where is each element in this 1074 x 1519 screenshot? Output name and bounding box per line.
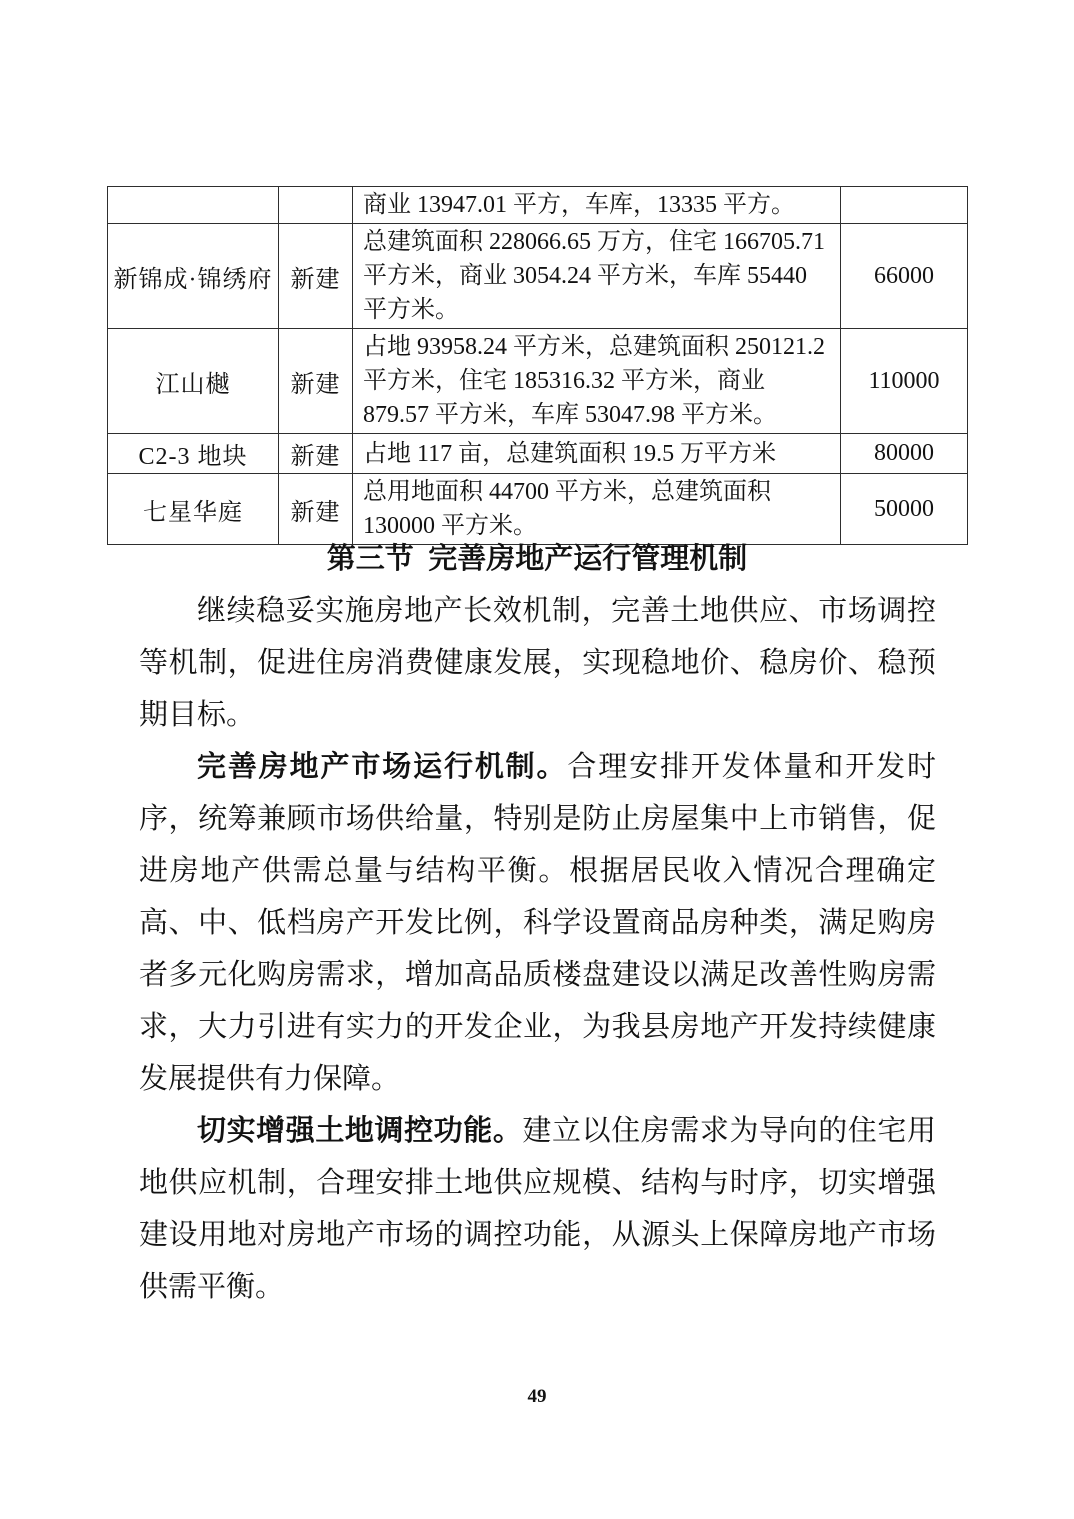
page-number: 49 [0,1386,1074,1408]
paragraph: 继续稳妥实施房地产长效机制，完善土地供应、市场调控等机制，促进住房消费健康发展，… [139,585,936,741]
paragraph-text: 合理安排开发体量和开发时序，统筹兼顾市场供给量，特别是防止房屋集中上市销售，促进… [139,751,936,1095]
cell-project-name: C2-3 地块 [108,434,279,474]
document-page: 商业 13947.01 平方，车库，13335 平方。 新锦成·锦绣府 新建 总… [0,0,1074,1519]
cell-project-name: 新锦成·锦绣府 [108,224,279,329]
cell-project-name [108,187,279,224]
cell-supply-amount: 80000 [841,434,968,474]
table-row: 新锦成·锦绣府 新建 总建筑面积 228066.65 万方，住宅 166705.… [108,224,968,329]
cell-build-type [279,187,353,224]
cell-description: 占地 117 亩，总建筑面积 19.5 万平方米 [353,434,841,474]
table-row: 七星华庭 新建 总用地面积 44700 平方米，总建筑面积 130000 平方米… [108,474,968,545]
cell-build-type: 新建 [279,329,353,434]
table-row: C2-3 地块 新建 占地 117 亩，总建筑面积 19.5 万平方米 8000… [108,434,968,474]
cell-supply-amount: 50000 [841,474,968,545]
cell-build-type: 新建 [279,434,353,474]
paragraph: 切实增强土地调控功能。建立以住房需求为导向的住宅用地供应机制，合理安排土地供应规… [139,1105,936,1313]
paragraph-lead: 切实增强土地调控功能。 [197,1115,522,1147]
cell-description: 总建筑面积 228066.65 万方，住宅 166705.71 平方米，商业 3… [353,224,841,329]
table-row: 江山樾 新建 占地 93958.24 平方米，总建筑面积 250121.2 平方… [108,329,968,434]
cell-build-type: 新建 [279,224,353,329]
paragraph-lead: 完善房地产市场运行机制。 [197,751,567,783]
paragraph-text: 继续稳妥实施房地产长效机制，完善土地供应、市场调控等机制，促进住房消费健康发展，… [139,595,936,731]
document-body: 继续稳妥实施房地产长效机制，完善土地供应、市场调控等机制，促进住房消费健康发展，… [139,585,936,1313]
cell-project-name: 江山樾 [108,329,279,434]
section-title: 第三节 完善房地产运行管理机制 [0,536,1074,577]
paragraph: 完善房地产市场运行机制。合理安排开发体量和开发时序，统筹兼顾市场供给量，特别是防… [139,741,936,1105]
cell-project-name: 七星华庭 [108,474,279,545]
cell-description: 占地 93958.24 平方米，总建筑面积 250121.2 平方米，住宅 18… [353,329,841,434]
cell-supply-amount [841,187,968,224]
cell-supply-amount: 66000 [841,224,968,329]
projects-table: 商业 13947.01 平方，车库，13335 平方。 新锦成·锦绣府 新建 总… [107,186,968,545]
table-row: 商业 13947.01 平方，车库，13335 平方。 [108,187,968,224]
cell-description: 总用地面积 44700 平方米，总建筑面积 130000 平方米。 [353,474,841,545]
cell-description: 商业 13947.01 平方，车库，13335 平方。 [353,187,841,224]
cell-build-type: 新建 [279,474,353,545]
cell-supply-amount: 110000 [841,329,968,434]
